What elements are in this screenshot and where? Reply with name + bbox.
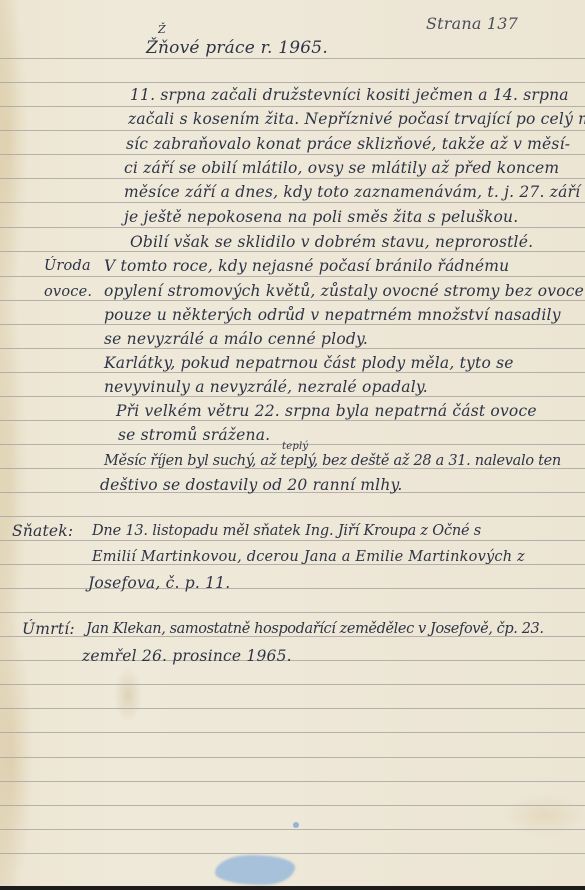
text-line: Emilií Martinkovou, dcerou Jana a Emilie… [92,550,525,565]
rule-line [0,58,585,59]
text-line: Josefova, č. p. 11. [88,576,230,592]
rule-line [0,540,585,541]
text-line: se nevyzrálé a málo cenné plody. [104,332,368,348]
rule-line [0,324,585,325]
text-line: Jan Klekan, samostatně hospodařící zeměd… [86,622,544,637]
text-line: měsíce září a dnes, kdy toto zaznamenává… [124,185,580,201]
rule-line [0,781,585,782]
text-line: Obilí však se sklidilo v dobrém stavu, n… [130,235,533,251]
text-line: pouze u některých odrůd v nepatrném množ… [104,308,561,324]
text-line: zemřel 26. prosince 1965. [82,649,292,665]
rule-line [0,372,585,373]
interlinear-insert: teplý [282,442,308,452]
handwritten-chronicle-page: Ž Žňové práce r. 1965. Strana 137 11. sr… [0,0,585,890]
text-line: je ještě nepokosena na poli směs žita s … [124,210,518,226]
rule-line [0,420,585,421]
text-line: Měsíc říjen byl suchý, až teplý, bez deš… [104,454,561,469]
text-line: Při velkém větru 22. srpna byla nepatrná… [116,404,537,420]
text-line: nevyvinuly a nevyzrálé, nezralé opadaly. [104,380,428,396]
rule-line [0,396,585,397]
margin-label: Úmrtí: [22,622,75,638]
text-line: začali s kosením žita. Nepříznivé počasí… [128,112,585,128]
page-number: Strana 137 [426,16,518,32]
text-line: ci září se obilí mlátilo, ovsy se mlátil… [124,161,559,177]
text-line: deštivo se dostavily od 20 ranní mlhy. [100,478,403,494]
rule-line [0,106,585,107]
rule-line [0,732,585,733]
text-line: V tomto roce, kdy nejasné počasí bránilo… [104,259,509,275]
title-correction-mark: Ž [158,24,166,35]
blue-ink-drop [293,822,299,828]
blue-ink-stain [215,855,295,885]
text-line: 11. srpna začali družstevníci kositi ječ… [130,88,569,104]
rule-line [0,178,585,179]
rule-line [0,853,585,854]
rule-line [0,82,585,83]
page-title: Žňové práce r. 1965. [146,40,328,57]
text-line: Dne 13. listopadu měl sňatek Ing. Jiří K… [92,524,481,539]
rule-line [0,251,585,252]
text-line: se stromů srážena. [118,428,270,444]
rule-line [0,202,585,203]
rule-line [0,130,585,131]
text-line: opylení stromových květů, zůstaly ovocné… [104,284,584,300]
margin-label: ovoce. [44,285,92,300]
rule-line [0,684,585,685]
margin-label: Úroda [44,259,91,274]
text-line: Karlátky, pokud nepatrnou část plody měl… [104,356,514,372]
rule-line [0,829,585,830]
text-line: síc zabraňovalo konat práce sklizňové, t… [126,137,570,153]
rule-line [0,516,585,517]
rule-line [0,348,585,349]
rule-line [0,757,585,758]
rule-line [0,805,585,806]
rule-line [0,154,585,155]
rule-line [0,227,585,228]
rule-line [0,612,585,613]
rule-line [0,300,585,301]
rule-line [0,276,585,277]
margin-label: Sňatek: [12,524,73,540]
scan-bottom-edge [0,886,585,890]
rule-line [0,708,585,709]
